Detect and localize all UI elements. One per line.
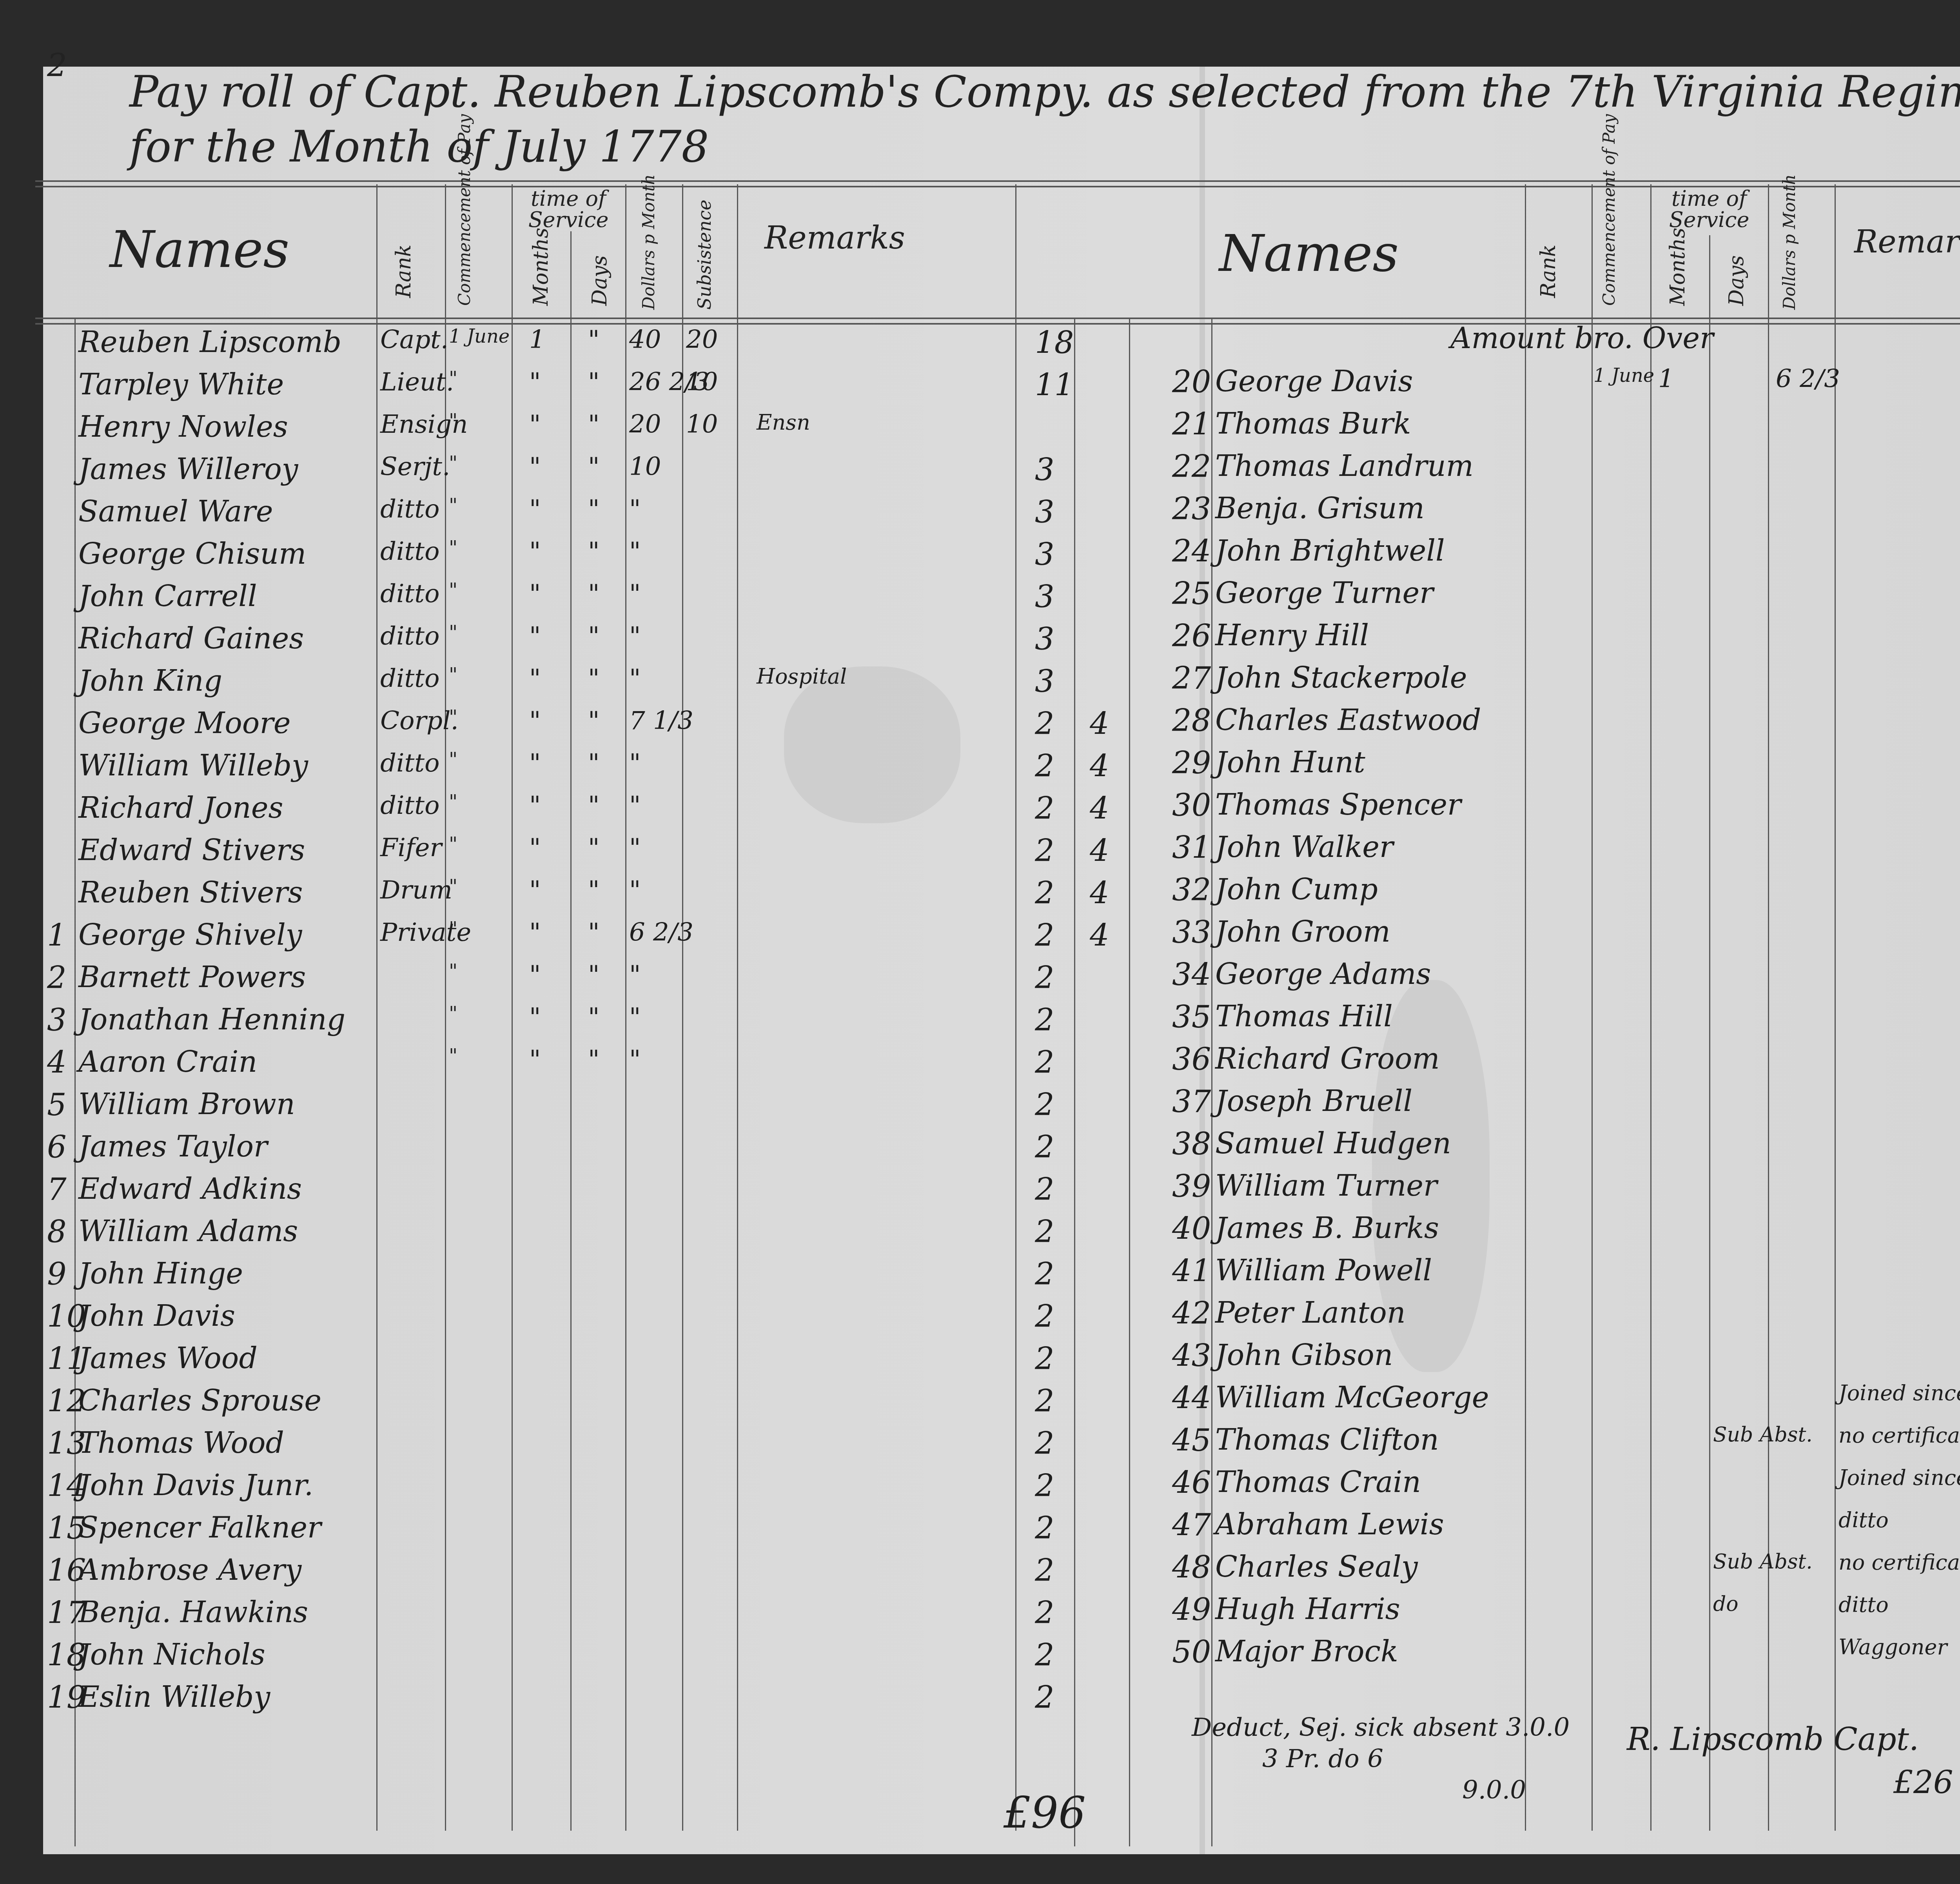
row-rank: Corpl. — [380, 706, 459, 735]
header-months: Months — [529, 228, 553, 306]
table-row: Reuben StiversDrum""""24 — [39, 876, 1156, 917]
row-number: 24 — [1172, 534, 1211, 569]
row-dollars: " — [629, 791, 641, 820]
row-rank: Capt. — [380, 325, 448, 354]
row-name: John Groom — [1215, 915, 1390, 949]
row-commencement: " — [449, 1003, 457, 1025]
row-remarks: no certificate as he went to Hospl. befo… — [1838, 1423, 1960, 1448]
row-dollars: " — [629, 537, 641, 566]
table-row: 16Ambrose Avery2 — [39, 1553, 1156, 1594]
table-row: Samuel Wareditto""""3 — [39, 495, 1156, 535]
row-remarks: Waggoner — [1838, 1635, 1947, 1659]
row-name: John Davis — [78, 1299, 235, 1333]
row-name: John Davis Junr. — [78, 1468, 313, 1502]
row-name: Thomas Crain — [1215, 1465, 1421, 1499]
table-row: 42Peter Lanton2 — [1172, 1296, 1960, 1337]
row-dollars: " — [629, 1003, 641, 1032]
row-name: Henry Nowles — [78, 410, 288, 444]
deduct-line-2: 3 Pr. do 6 — [1262, 1744, 1383, 1773]
row-amount: 3 — [1035, 537, 1054, 572]
row-dollars: 6 2/3 — [1776, 365, 1840, 394]
row-days: " — [588, 325, 599, 354]
table-row: 26Henry Hill2 — [1172, 619, 1960, 659]
table-row: 32John Cump2 — [1172, 873, 1960, 913]
row-name: Spencer Falkner — [78, 1511, 321, 1545]
table-row: 20George Davis1 June16 2/32 — [1172, 365, 1960, 405]
header-rank-right: Rank — [1537, 245, 1560, 298]
row-name: William Adams — [78, 1214, 298, 1248]
row-number: 30 — [1172, 788, 1211, 823]
table-row: 35Thomas Hill2 — [1172, 1000, 1960, 1040]
row-name: George Moore — [78, 706, 291, 740]
row-days: " — [588, 706, 599, 735]
row-amount: 2 — [1035, 1426, 1054, 1461]
table-row: 43John Gibson2 — [1172, 1338, 1960, 1379]
row-extra: 4 — [1090, 918, 1109, 953]
row-name: Charles Sprouse — [78, 1384, 321, 1418]
row-days: " — [588, 833, 599, 862]
row-days: " — [588, 876, 599, 905]
row-name: Reuben Lipscomb — [78, 325, 341, 359]
row-extra: 4 — [1090, 791, 1109, 826]
row-name: George Turner — [1215, 576, 1434, 610]
row-dollars: " — [629, 1045, 641, 1074]
row-amount: 2 — [1035, 1003, 1054, 1038]
row-rank: ditto — [380, 537, 439, 566]
row-commencement: " — [449, 833, 457, 855]
row-amount: 2 — [1035, 960, 1054, 996]
row-name: Reuben Stivers — [78, 876, 303, 909]
row-amount: 2 — [1035, 1384, 1054, 1419]
table-row: 17Benja. Hawkins2 — [39, 1595, 1156, 1636]
row-name: Aaron Crain — [78, 1045, 257, 1079]
table-row: 9John Hinge2 — [39, 1257, 1156, 1298]
row-amount: 2 — [1035, 876, 1054, 911]
row-days: " — [588, 368, 599, 397]
row-dollars: " — [629, 876, 641, 905]
row-amount: 18 — [1035, 325, 1074, 361]
row-amount: 2 — [1035, 1299, 1054, 1334]
table-row: Henry NowlesEnsign"""2010Ensn — [39, 410, 1156, 451]
table-row: 15Spencer Falkner2 — [39, 1511, 1156, 1552]
row-amount: 2 — [1035, 1130, 1054, 1165]
row-number: 38 — [1172, 1127, 1211, 1162]
row-name: Edward Adkins — [78, 1172, 302, 1206]
row-amount: 2 — [1035, 833, 1054, 869]
row-name: John Stackerpole — [1215, 661, 1467, 695]
header-days-right: Days — [1725, 255, 1748, 306]
row-commencement: " — [449, 706, 457, 728]
table-row: 33John Groom2 — [1172, 915, 1960, 956]
row-name: Benja. Grisum — [1215, 492, 1425, 525]
row-amount: 3 — [1035, 495, 1054, 530]
row-commencement: " — [449, 579, 457, 601]
row-commencement: " — [449, 368, 457, 390]
row-remarks: no certificate — [1838, 1550, 1960, 1575]
row-amount: 2 — [1035, 1680, 1054, 1715]
row-name: Samuel Ware — [78, 495, 273, 528]
row-days: " — [588, 452, 599, 481]
row-number: 39 — [1172, 1169, 1211, 1204]
header-remarks: Remarks — [764, 220, 905, 256]
table-row: 25George Turner2 — [1172, 576, 1960, 617]
table-row: 4Aaron Crain""""2 — [39, 1045, 1156, 1086]
table-row: Reuben LipscombCapt.1 June1"402018 — [39, 325, 1156, 366]
signature: R. Lipscomb Capt. — [1627, 1721, 1919, 1757]
document-title-line1: Pay roll of Capt. Reuben Lipscomb's Comp… — [129, 67, 1960, 117]
row-months: " — [529, 1045, 541, 1074]
row-days: " — [588, 537, 599, 566]
row-number: 31 — [1172, 830, 1211, 866]
header-time-of-service: time of Service — [514, 188, 623, 231]
row-name: Eslin Willeby — [78, 1680, 270, 1714]
row-number: 45 — [1172, 1423, 1211, 1458]
table-row: George MooreCorpl."""7 1/324 — [39, 706, 1156, 747]
table-row: Richard Jonesditto""""24 — [39, 791, 1156, 832]
row-name: Thomas Spencer — [1215, 788, 1461, 822]
row-amount: 2 — [1035, 706, 1054, 742]
row-number: 4 — [47, 1045, 67, 1080]
row-number: 3 — [47, 1003, 67, 1038]
table-row: 36Richard Groom2 — [1172, 1042, 1960, 1083]
table-row: 7Edward Adkins2 — [39, 1172, 1156, 1213]
row-dollars: " — [629, 622, 641, 651]
table-row: 5William Brown2 — [39, 1087, 1156, 1128]
row-amount: 11 — [1035, 368, 1074, 403]
row-commencement: " — [449, 1045, 457, 1067]
table-row: 6James Taylor2 — [39, 1130, 1156, 1171]
row-number: 23 — [1172, 492, 1211, 527]
row-number: 48 — [1172, 1550, 1211, 1585]
table-row: 22Thomas Landrum2 — [1172, 449, 1960, 490]
amount-brought-over-label: Amount bro. Over — [1450, 321, 1713, 355]
row-remarks: Joined since Muster — [1838, 1465, 1960, 1490]
row-name: John Brightwell — [1215, 534, 1445, 568]
row-commencement: " — [449, 495, 457, 517]
row-name: William Willeby — [78, 749, 308, 782]
row-days: " — [588, 664, 599, 693]
row-number: 21 — [1172, 407, 1211, 442]
row-name: John Carrell — [78, 579, 257, 613]
row-subsistence: 10 — [686, 410, 718, 439]
table-row: 44William McGeorgeJoined since Muster2 — [1172, 1381, 1960, 1421]
table-row: Tarpley WhiteLieut."""26 2/31011 — [39, 368, 1156, 408]
header-time-of-service-right: time of Service — [1652, 188, 1766, 231]
row-dollars: 7 1/3 — [629, 706, 693, 735]
table-row: 10John Davis2 — [39, 1299, 1156, 1340]
row-months: " — [529, 452, 541, 481]
table-row: 37Joseph Bruell2 — [1172, 1084, 1960, 1125]
table-row: 11James Wood2 — [39, 1341, 1156, 1382]
row-days: " — [588, 1003, 599, 1032]
amount-brought-over-row: Amount bro. Over 96 — [1450, 321, 1960, 362]
row-name: Barnett Powers — [78, 960, 306, 994]
row-remarks: Ensn — [757, 410, 810, 435]
row-rank: Private — [380, 918, 471, 947]
row-days: " — [588, 579, 599, 608]
row-dollars: 10 — [629, 452, 661, 481]
row-name: James Wood — [78, 1341, 258, 1375]
row-number: 28 — [1172, 703, 1211, 739]
row-amount: 2 — [1035, 791, 1054, 826]
table-row: 31John Walker2 — [1172, 830, 1960, 871]
row-name: John Nichols — [78, 1638, 265, 1672]
row-dollars: " — [629, 749, 641, 778]
row-aux: Sub Abst. — [1713, 1423, 1813, 1447]
row-months: 1 — [529, 325, 545, 354]
table-row: 3Jonathan Henning""""2 — [39, 1003, 1156, 1044]
row-aux: do — [1713, 1592, 1739, 1616]
header-days: Days — [588, 255, 612, 306]
row-remarks: ditto — [1838, 1592, 1889, 1617]
row-months: " — [529, 368, 541, 397]
row-name: George Chisum — [78, 537, 306, 571]
header-remarks-right: Remarks — [1854, 223, 1960, 260]
table-row: 23Benja. Grisum2 — [1172, 492, 1960, 532]
row-number: 5 — [47, 1087, 67, 1123]
row-amount: 2 — [1035, 749, 1054, 784]
row-amount: 2 — [1035, 1172, 1054, 1207]
row-commencement: " — [449, 960, 457, 982]
row-commencement: " — [449, 876, 457, 898]
row-amount: 3 — [1035, 452, 1054, 488]
row-amount: 2 — [1035, 1087, 1054, 1123]
row-name: Thomas Clifton — [1215, 1423, 1439, 1457]
row-number: 22 — [1172, 449, 1211, 485]
row-dollars: " — [629, 664, 641, 693]
row-months: " — [529, 749, 541, 778]
row-amount: 2 — [1035, 1638, 1054, 1673]
row-aux: Sub Abst. — [1713, 1550, 1813, 1574]
table-row: John Carrellditto""""3 — [39, 579, 1156, 620]
row-rank: Lieut. — [380, 368, 454, 397]
row-remarks: Hospital — [757, 664, 847, 689]
row-amount: 2 — [1035, 1595, 1054, 1631]
row-name: William Brown — [78, 1087, 295, 1121]
row-rank: ditto — [380, 495, 439, 524]
row-amount: 3 — [1035, 579, 1054, 615]
row-months: " — [529, 876, 541, 905]
row-months: " — [529, 622, 541, 651]
row-amount: 2 — [1035, 1468, 1054, 1504]
table-row: 46Thomas CrainJoined since Muster2 — [1172, 1465, 1960, 1506]
row-name: Abraham Lewis — [1215, 1508, 1444, 1541]
table-row: 41William Powell2 — [1172, 1254, 1960, 1294]
row-amount: 2 — [1035, 1257, 1054, 1292]
row-days: " — [588, 791, 599, 820]
row-number: 33 — [1172, 915, 1211, 950]
row-commencement: " — [449, 410, 457, 432]
row-number: 6 — [47, 1130, 67, 1165]
row-rank: ditto — [380, 622, 439, 651]
row-number: 43 — [1172, 1338, 1211, 1374]
row-dollars: 40 — [629, 325, 661, 354]
row-name: John Gibson — [1215, 1338, 1393, 1372]
row-commencement: " — [449, 622, 457, 644]
row-name: Major Brock — [1215, 1635, 1398, 1668]
row-days: " — [588, 410, 599, 439]
header-months-right: Months — [1666, 228, 1690, 306]
row-amount: 3 — [1035, 622, 1054, 657]
row-name: Richard Groom — [1215, 1042, 1440, 1076]
row-name: John Hunt — [1215, 746, 1365, 779]
row-months: " — [529, 664, 541, 693]
row-months: " — [529, 537, 541, 566]
row-name: Samuel Hudgen — [1215, 1127, 1451, 1160]
row-commencement: " — [449, 791, 457, 813]
row-number: 49 — [1172, 1592, 1211, 1628]
row-name: Richard Gaines — [78, 622, 304, 655]
row-extra: 4 — [1090, 706, 1109, 742]
row-number: 1 — [47, 918, 67, 953]
row-number: 41 — [1172, 1254, 1211, 1289]
row-name: Peter Lanton — [1215, 1296, 1406, 1330]
row-months: " — [529, 579, 541, 608]
row-number: 50 — [1172, 1635, 1211, 1670]
header-commencement-right: Commencement of Pay — [1599, 114, 1619, 306]
row-number: 20 — [1172, 365, 1211, 400]
row-number: 34 — [1172, 957, 1211, 993]
table-row: 13Thomas Wood2 — [39, 1426, 1156, 1467]
row-number: 8 — [47, 1214, 67, 1250]
table-row: 48Charles SealySub Abst.no certificate2 — [1172, 1550, 1960, 1591]
table-row: 39William Turner2 — [1172, 1169, 1960, 1210]
table-row: John Kingditto""""Hospital3 — [39, 664, 1156, 705]
row-months: " — [529, 960, 541, 989]
row-name: Benja. Hawkins — [78, 1595, 308, 1629]
row-rank: Fifer — [380, 833, 442, 862]
row-dollars: 20 — [629, 410, 661, 439]
header-rank: Rank — [392, 245, 416, 298]
left-marker: 2 — [47, 47, 67, 83]
row-name: Henry Hill — [1215, 619, 1369, 652]
row-number: 37 — [1172, 1084, 1211, 1120]
row-rank: Drum — [380, 876, 452, 905]
row-name: Edward Stivers — [78, 833, 305, 867]
row-amount: 2 — [1035, 1511, 1054, 1546]
table-row: 19Eslin Willeby2 — [39, 1680, 1156, 1721]
row-name: John King — [78, 664, 222, 698]
row-subsistence: 20 — [686, 325, 718, 354]
row-name: James B. Burks — [1215, 1211, 1439, 1245]
table-row: 8William Adams2 — [39, 1214, 1156, 1255]
row-days: " — [588, 918, 599, 947]
row-months: " — [529, 1003, 541, 1032]
row-name: John Cump — [1215, 873, 1378, 906]
row-months: 1 — [1658, 365, 1674, 394]
table-row: 21Thomas Burk2 — [1172, 407, 1960, 448]
row-dollars: " — [629, 833, 641, 862]
row-rank: ditto — [380, 579, 439, 608]
row-number: 27 — [1172, 661, 1211, 696]
row-name: Joseph Bruell — [1215, 1084, 1412, 1118]
row-amount: 2 — [1035, 1214, 1054, 1250]
row-commencement: 1 June — [449, 325, 510, 347]
header-dollars: Dollars p Month — [639, 174, 658, 310]
document-title-line2: for the Month of July 1778 — [129, 122, 709, 172]
row-name: Charles Eastwood — [1215, 703, 1481, 737]
row-days: " — [588, 1045, 599, 1074]
table-row: 24John Brightwell2 — [1172, 534, 1960, 575]
table-row: 38Samuel Hudgen2 — [1172, 1127, 1960, 1167]
header-commencement: Commencement of Pay — [455, 114, 474, 306]
row-amount: 3 — [1035, 664, 1054, 699]
row-number: 32 — [1172, 873, 1211, 908]
row-months: " — [529, 410, 541, 439]
row-name: William Turner — [1215, 1169, 1437, 1203]
row-days: " — [588, 749, 599, 778]
row-name: Charles Sealy — [1215, 1550, 1418, 1584]
table-row: 50Major BrockWaggoner2 — [1172, 1635, 1960, 1675]
table-row: 29John Hunt2 — [1172, 746, 1960, 786]
row-extra: 4 — [1090, 876, 1109, 911]
row-amount: 2 — [1035, 1341, 1054, 1377]
row-name: Thomas Landrum — [1215, 449, 1474, 483]
row-months: " — [529, 918, 541, 947]
row-name: John Walker — [1215, 830, 1393, 864]
row-rank: Serjt. — [380, 452, 450, 481]
table-row: George Chisumditto""""3 — [39, 537, 1156, 578]
table-row: 30Thomas Spencer2 — [1172, 788, 1960, 829]
table-row: William Willebyditto""""24 — [39, 749, 1156, 790]
row-remarks: Joined since Muster — [1838, 1381, 1960, 1405]
row-number: 26 — [1172, 619, 1211, 654]
row-name: Thomas Burk — [1215, 407, 1411, 441]
row-name: George Adams — [1215, 957, 1431, 991]
row-rank: ditto — [380, 664, 439, 693]
row-number: 9 — [47, 1257, 67, 1292]
row-commencement: " — [449, 452, 457, 474]
header-names-right: Names — [1219, 223, 1399, 283]
row-months: " — [529, 791, 541, 820]
row-number: 46 — [1172, 1465, 1211, 1501]
row-name: Thomas Hill — [1215, 1000, 1393, 1033]
row-number: 2 — [47, 960, 67, 996]
row-months: " — [529, 833, 541, 862]
table-row: 40James B. Burks2 — [1172, 1211, 1960, 1252]
table-row: 47Abraham Lewisditto2 — [1172, 1508, 1960, 1548]
table-row: 14John Davis Junr.2 — [39, 1468, 1156, 1509]
table-row: 28Charles Eastwood2 — [1172, 703, 1960, 744]
row-name: Richard Jones — [78, 791, 283, 825]
row-rank: ditto — [380, 749, 439, 778]
row-name: John Hinge — [78, 1257, 243, 1290]
row-name: Jonathan Henning — [78, 1003, 345, 1036]
row-number: 25 — [1172, 576, 1211, 612]
table-row: 27John Stackerpole2 — [1172, 661, 1960, 702]
row-days: " — [588, 622, 599, 651]
table-row: Edward StiversFifer""""24 — [39, 833, 1156, 874]
header-subsistence: Subsistence — [694, 200, 715, 310]
row-name: James Taylor — [78, 1130, 267, 1163]
row-name: George Shively — [78, 918, 302, 952]
row-commencement: " — [449, 664, 457, 686]
row-amount: 2 — [1035, 918, 1054, 953]
table-row: James WilleroySerjt."""103 — [39, 452, 1156, 493]
row-rank: ditto — [380, 791, 439, 820]
row-months: " — [529, 706, 541, 735]
table-row: 12Charles Sprouse2 — [39, 1384, 1156, 1425]
table-row: Richard Gainesditto""""3 — [39, 622, 1156, 662]
row-amount: 2 — [1035, 1045, 1054, 1080]
deduct-total: 9.0.0 — [1462, 1776, 1526, 1805]
row-subsistence: 10 — [686, 368, 718, 397]
table-row: 45Thomas CliftonSub Abst.no certificate … — [1172, 1423, 1960, 1464]
row-commencement: " — [449, 918, 457, 940]
row-remarks: ditto — [1838, 1508, 1889, 1532]
row-name: Tarpley White — [78, 368, 284, 401]
row-commencement: " — [449, 537, 457, 559]
